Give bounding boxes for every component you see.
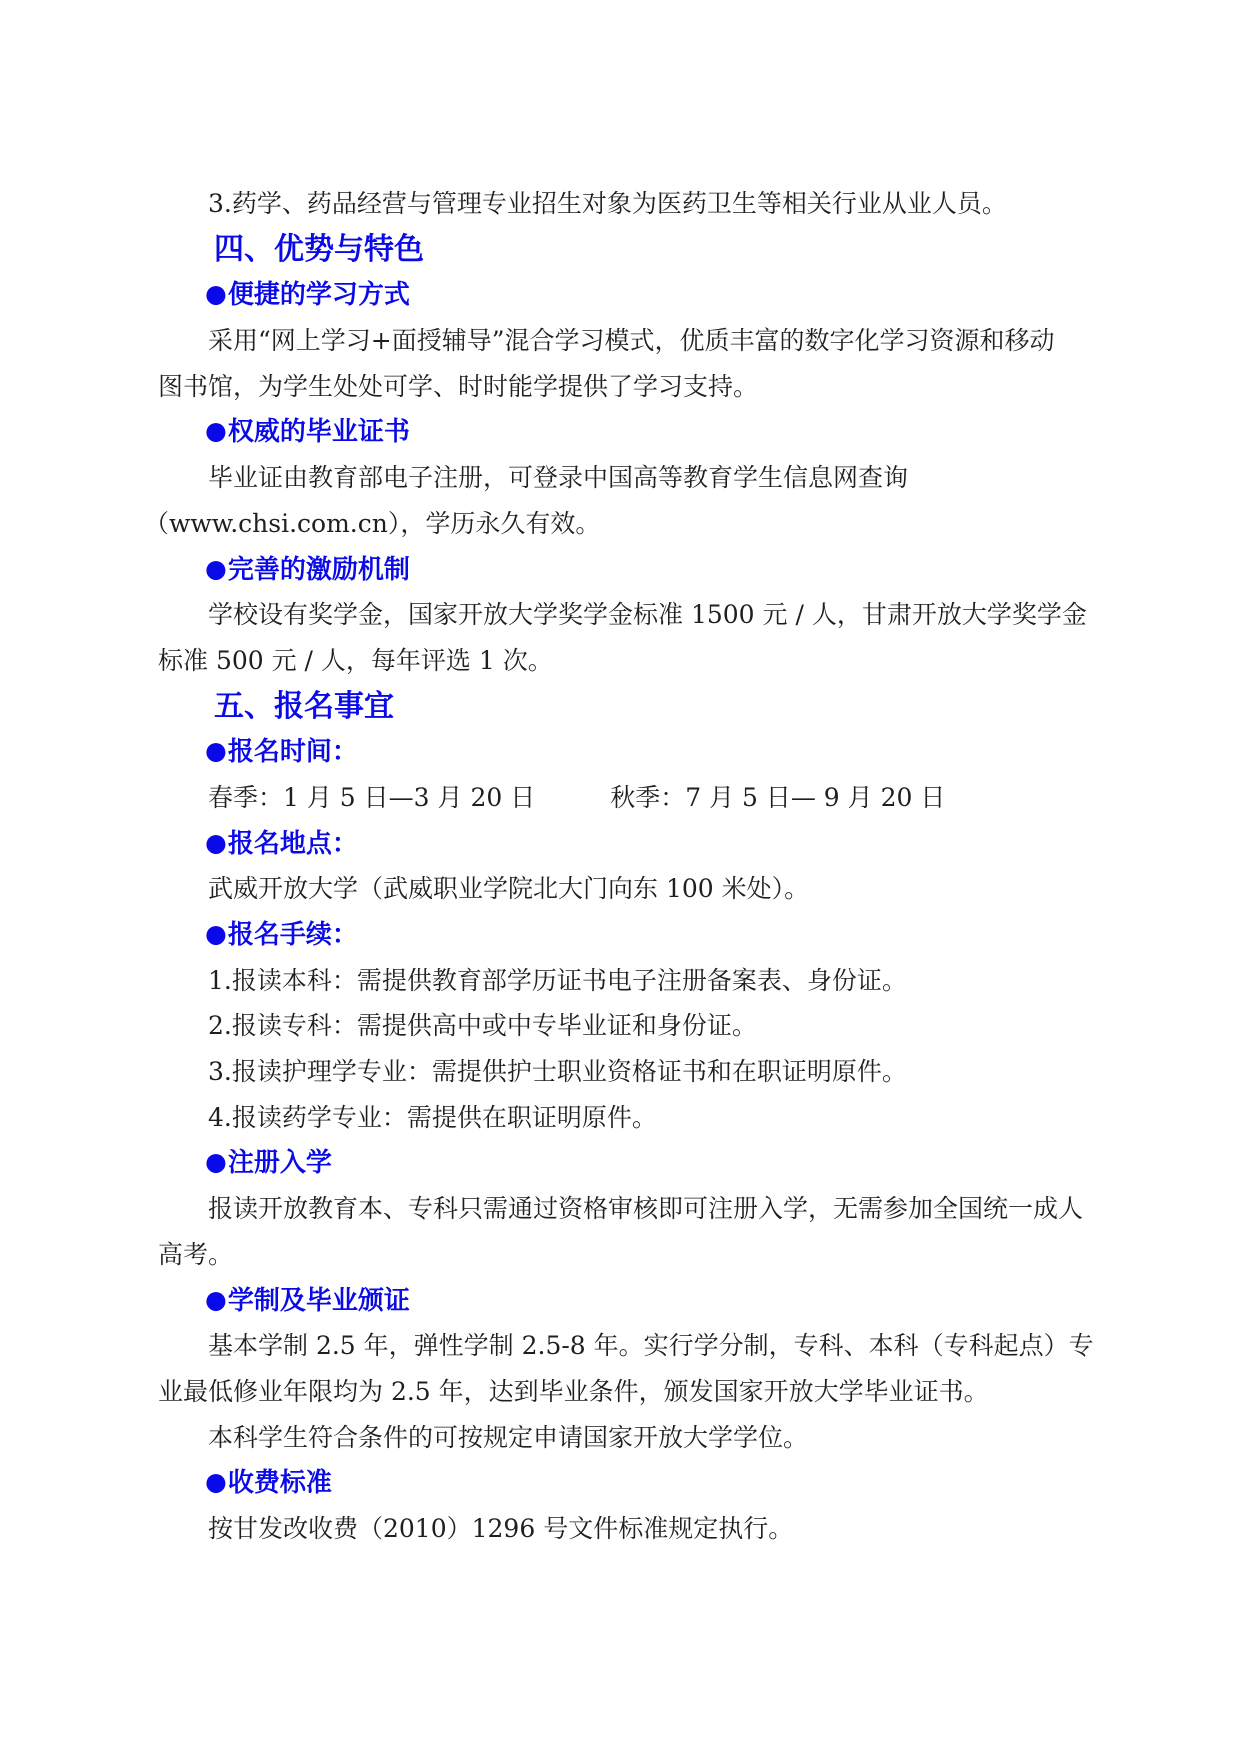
bullet-heading-incentive: ●完善的激励机制 bbox=[158, 547, 1093, 593]
bullet-heading-registration-procedure: ●报名手续： bbox=[158, 912, 1093, 958]
body-line: 按甘发改收费（2010）1296 号文件标准规定执行。 bbox=[158, 1506, 1093, 1552]
bullet-heading-label: 收费标准 bbox=[228, 1468, 332, 1498]
bullet-heading-schooling-diploma: ●学制及毕业颁证 bbox=[158, 1278, 1093, 1324]
section-heading-advantages: 四、优势与特色 bbox=[158, 227, 1093, 273]
body-line: 毕业证由教育部电子注册，可登录中国高等教育学生信息网查询 bbox=[158, 455, 1093, 501]
body-line: 高考。 bbox=[158, 1232, 1093, 1278]
bullet-heading-label: 学制及毕业颁证 bbox=[228, 1286, 410, 1316]
bullet-dot-icon: ● bbox=[205, 919, 227, 948]
bullet-heading-registration-time: ●报名时间： bbox=[158, 729, 1093, 775]
bullet-dot-icon: ● bbox=[205, 1285, 227, 1314]
bullet-heading-label: 注册入学 bbox=[228, 1148, 332, 1178]
bullet-heading-registration-location: ●报名地点： bbox=[158, 821, 1093, 867]
bullet-dot-icon: ● bbox=[205, 554, 227, 583]
body-line: 1.报读本科：需提供教育部学历证书电子注册备案表、身份证。 bbox=[158, 958, 1093, 1004]
bullet-dot-icon: ● bbox=[205, 736, 227, 765]
bullet-dot-icon: ● bbox=[205, 828, 227, 857]
bullet-heading-label: 报名地点： bbox=[228, 829, 358, 859]
bullet-heading-label: 报名时间： bbox=[228, 737, 358, 767]
bullet-heading-label: 完善的激励机制 bbox=[228, 555, 410, 585]
body-line-registration-dates: 春季：1 月 5 日—3 月 20 日 秋季：7 月 5 日— 9 月 20 日 bbox=[158, 775, 1093, 821]
bullet-heading-fees: ●收费标准 bbox=[158, 1460, 1093, 1506]
bullet-dot-icon: ● bbox=[205, 416, 227, 445]
bullet-heading-learning-mode: ●便捷的学习方式 bbox=[158, 272, 1093, 318]
body-line-registration-address: 武威开放大学（武威职业学院北大门向东 100 米处）。 bbox=[158, 866, 1093, 912]
bullet-dot-icon: ● bbox=[205, 1467, 227, 1496]
bullet-heading-label: 便捷的学习方式 bbox=[228, 280, 410, 310]
body-line: 基本学制 2.5 年，弹性学制 2.5-8 年。实行学分制，专科、本科（专科起点… bbox=[158, 1323, 1093, 1369]
document-page: 3.药学、药品经营与管理专业招生对象为医药卫生等相关行业从业人员。 四、优势与特… bbox=[0, 0, 1240, 1754]
body-line: 标准 500 元 / 人，每年评选 1 次。 bbox=[158, 638, 1093, 684]
body-line: 图书馆，为学生处处可学、时时能学提供了学习支持。 bbox=[158, 364, 1093, 410]
bullet-heading-enrollment: ●注册入学 bbox=[158, 1140, 1093, 1186]
body-line: 报读开放教育本、专科只需通过资格审核即可注册入学，无需参加全国统一成人 bbox=[158, 1186, 1093, 1232]
bullet-heading-diploma: ●权威的毕业证书 bbox=[158, 409, 1093, 455]
body-line: 业最低修业年限均为 2.5 年，达到毕业条件，颁发国家开放大学毕业证书。 bbox=[158, 1369, 1093, 1415]
body-line: 4.报读药学专业：需提供在职证明原件。 bbox=[158, 1095, 1093, 1141]
document-content: 3.药学、药品经营与管理专业招生对象为医药卫生等相关行业从业人员。 四、优势与特… bbox=[158, 181, 1093, 1552]
body-line: 3.报读护理学专业：需提供护士职业资格证书和在职证明原件。 bbox=[158, 1049, 1093, 1095]
body-line-chsi-url: （www.chsi.com.cn），学历永久有效。 bbox=[144, 501, 1093, 547]
bullet-heading-label: 报名手续： bbox=[228, 920, 358, 950]
bullet-dot-icon: ● bbox=[205, 1147, 227, 1176]
body-line: 3.药学、药品经营与管理专业招生对象为医药卫生等相关行业从业人员。 bbox=[158, 181, 1093, 227]
body-line: 2.报读专科：需提供高中或中专毕业证和身份证。 bbox=[158, 1003, 1093, 1049]
bullet-dot-icon: ● bbox=[205, 279, 227, 308]
body-line: 本科学生符合条件的可按规定申请国家开放大学学位。 bbox=[158, 1415, 1093, 1461]
section-heading-registration: 五、报名事宜 bbox=[158, 684, 1093, 730]
body-line: 采用“网上学习+面授辅导”混合学习模式，优质丰富的数字化学习资源和移动 bbox=[158, 318, 1093, 364]
body-line: 学校设有奖学金，国家开放大学奖学金标准 1500 元 / 人，甘肃开放大学奖学金 bbox=[158, 592, 1093, 638]
bullet-heading-label: 权威的毕业证书 bbox=[228, 417, 410, 447]
